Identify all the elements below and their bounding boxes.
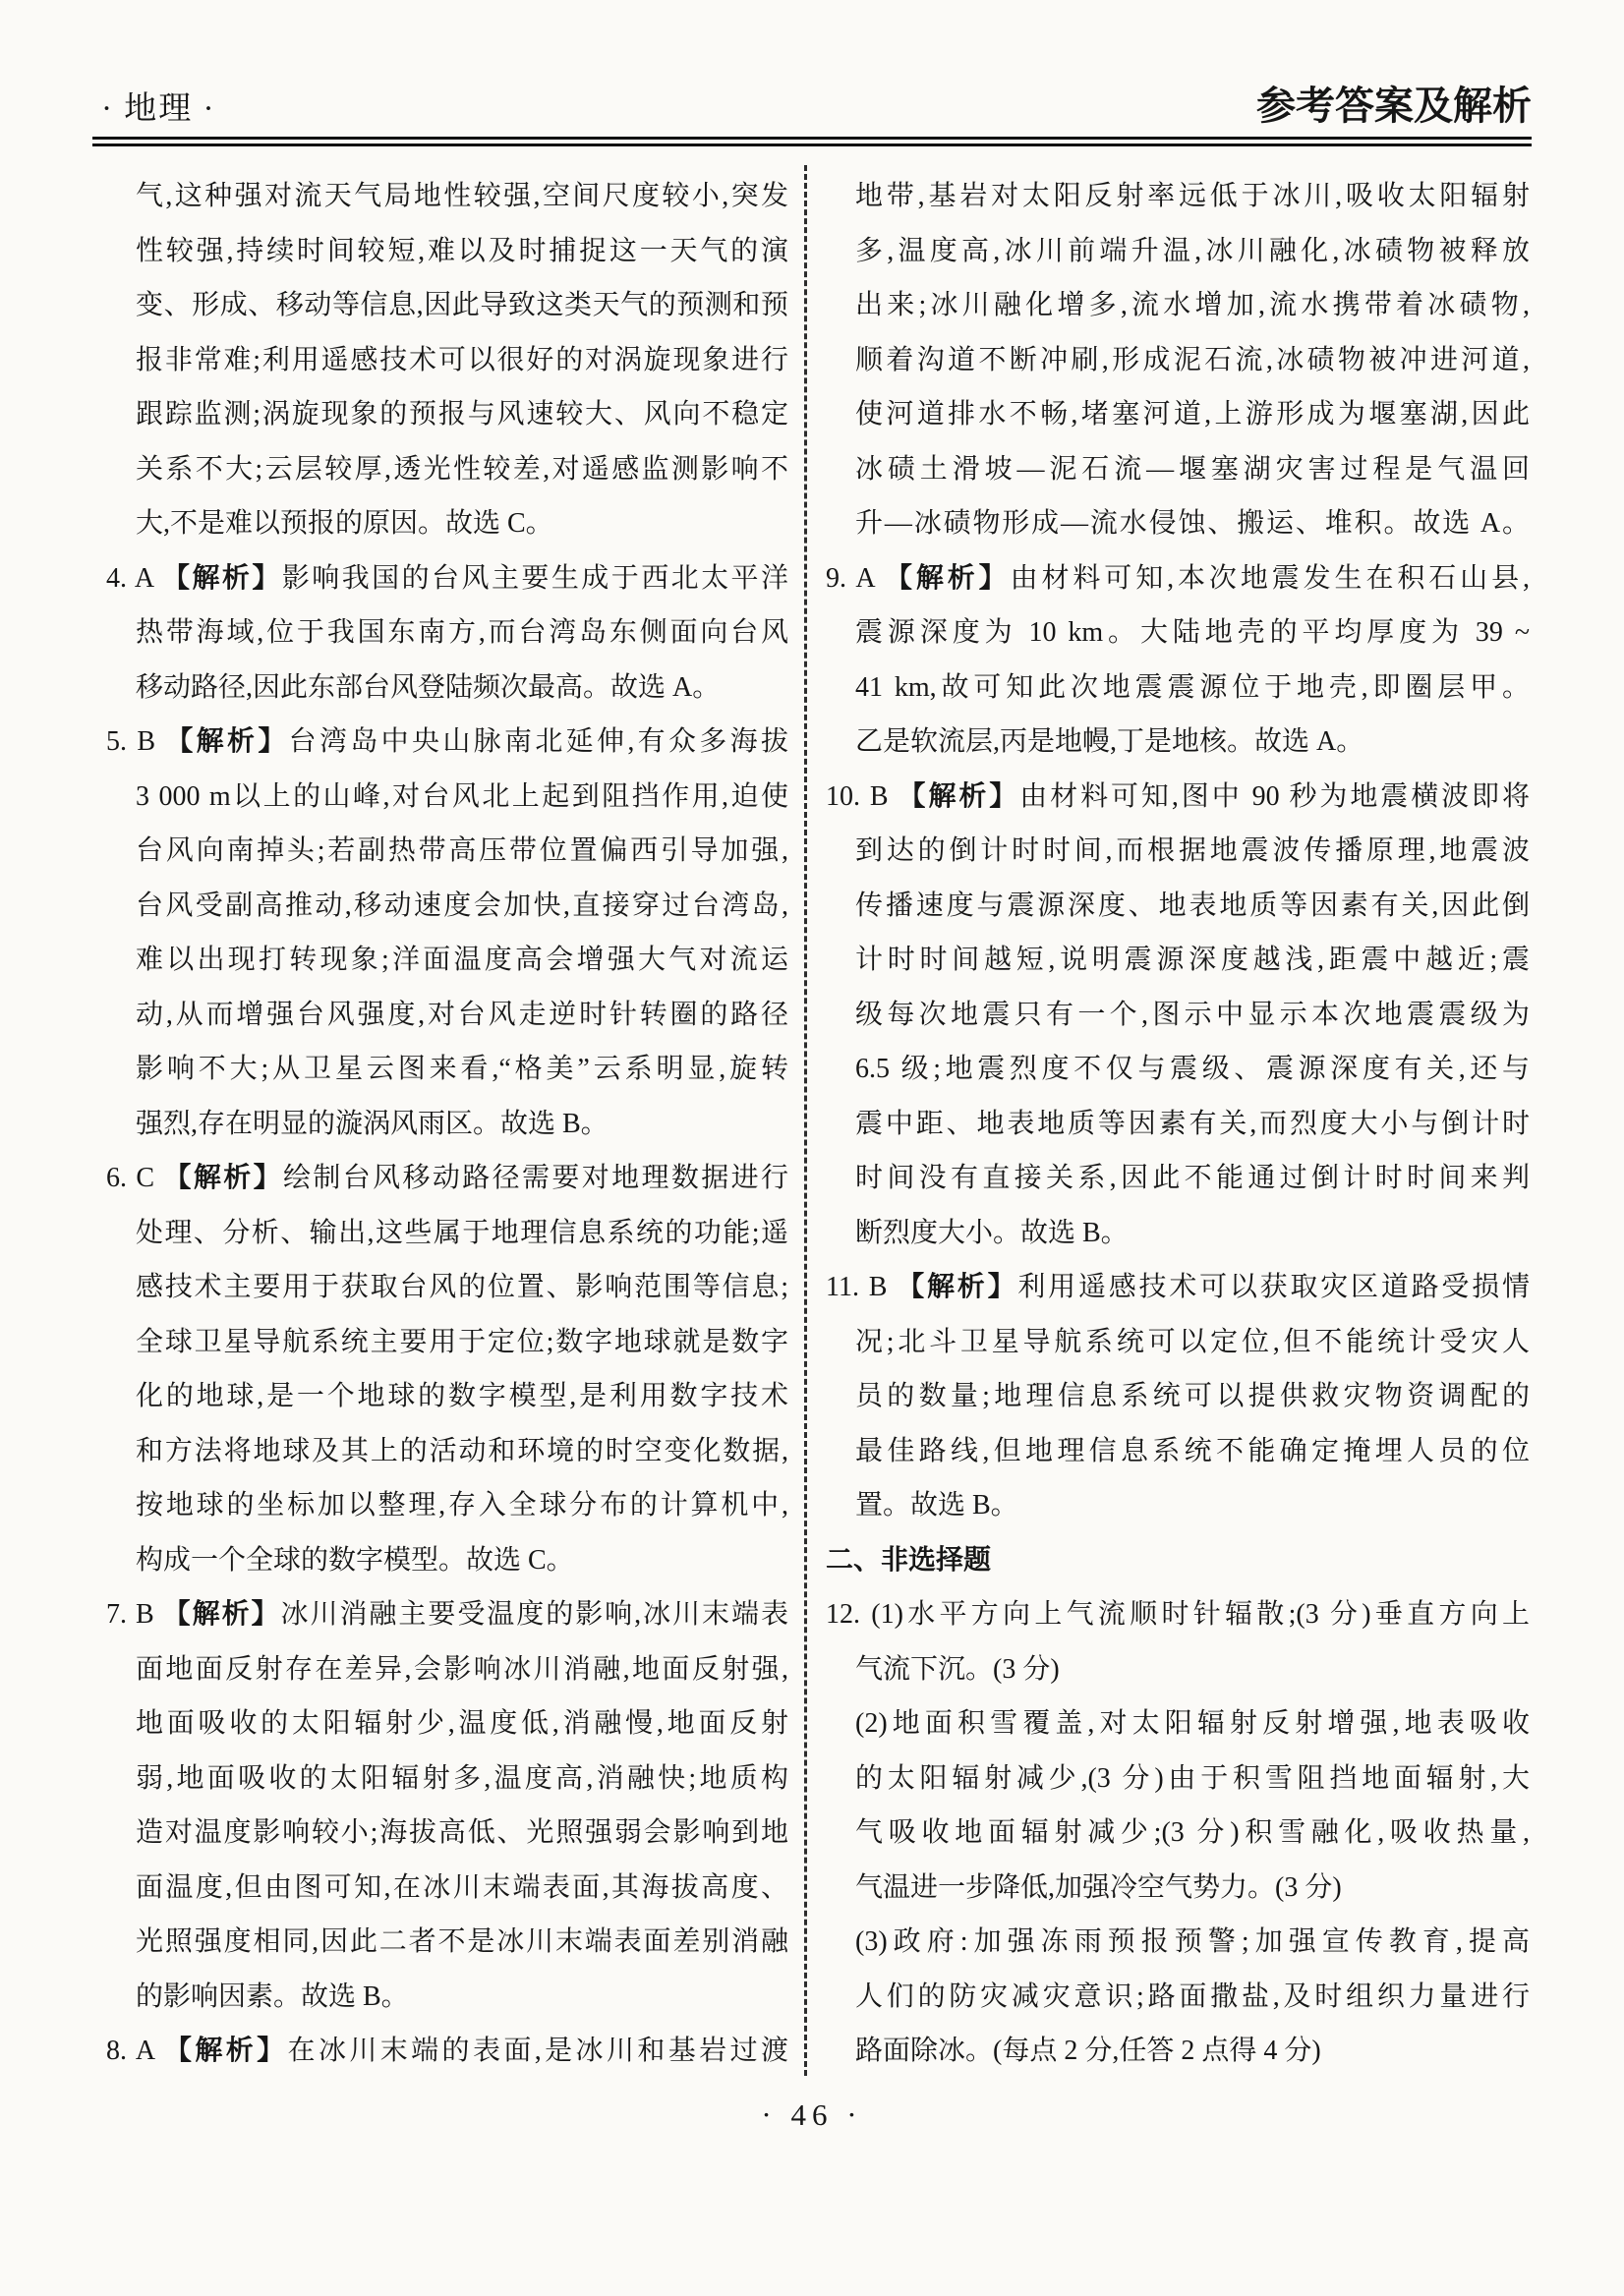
text-line: 9. A 【解析】由材料可知,本次地震发生在积石山县, [826,551,1530,606]
text-line: 难以出现打转现象;洋面温度高会增强大气对流运 [106,933,788,988]
text-line: (3)政府:加强冻雨预报预警;加强宣传教育,提高 [826,1915,1530,1970]
text-line: 员的数量;地理信息系统可以提供救灾物资调配的 [826,1369,1530,1424]
text-line: 传播速度与震源深度、地表地质等因素有关,因此倒 [826,879,1530,934]
text-line: 6. C 【解析】绘制台风移动路径需要对地理数据进行 [106,1151,788,1206]
text-line: 冰碛土滑坡—泥石流—堰塞湖灾害过程是气温回 [826,442,1530,497]
page-number: · 46 · [0,2097,1624,2133]
text-line: 震中距、地表地质等因素有关,而烈度大小与倒计时 [826,1097,1530,1152]
text-line: 处理、分析、输出,这些属于地理信息系统的功能;遥 [106,1206,788,1261]
text-line: 弱,地面吸收的太阳辐射多,温度高,消融快;地质构 [106,1751,788,1807]
text-line: 41 km,故可知此次地震震源位于地壳,即圈层甲。 [826,660,1530,716]
text-line: 的太阳辐射减少,(3 分)由于积雪阻挡地面辐射,大 [826,1751,1530,1807]
text-line: 路面除冰。(每点 2 分,任答 2 点得 4 分) [826,2024,1530,2079]
text-line: 8. A 【解析】在冰川末端的表面,是冰川和基岩过渡 [106,2024,788,2079]
text-line: 性较强,持续时间较短,难以及时捕捉这一天气的演 [106,224,788,279]
text-line: 关系不大;云层较厚,透光性较差,对遥感监测影响不 [106,442,788,497]
text-line: 大,不是难以预报的原因。故选 C。 [106,496,788,551]
text-line: 级每次地震只有一个,图示中显示本次地震震级为 [826,988,1530,1043]
text-line: 升—冰碛物形成—流水侵蚀、搬运、堆积。故选 A。 [826,496,1530,551]
text-line: 11. B 【解析】利用遥感技术可以获取灾区道路受损情 [826,1260,1530,1315]
text-line: 二、非选择题 [826,1533,1530,1588]
text-line: 光照强度相同,因此二者不是冰川末端表面差别消融 [106,1915,788,1970]
text-line: 影响不大;从卫星云图来看,“格美”云系明显,旋转 [106,1042,788,1097]
text-line: 台风受副高推动,移动速度会加快,直接穿过台湾岛, [106,879,788,934]
page-title: 参考答案及解析 [1256,75,1532,131]
text-line: 造对温度影响较小;海拔高低、光照强弱会影响到地 [106,1806,788,1861]
text-line: 计时时间越短,说明震源深度越浅,距震中越近;震 [826,933,1530,988]
page: · 地理 · 参考答案及解析 气,这种强对流天气局地性较强,空间尺度较小,突发性… [0,0,1624,2296]
text-line: 最佳路线,但地理信息系统不能确定掩埋人员的位 [826,1424,1530,1479]
text-line: 的影响因素。故选 B。 [106,1970,788,2025]
text-line: 10. B 【解析】由材料可知,图中 90 秒为地震横波即将 [826,770,1530,825]
text-line: 台风向南掉头;若副热带高压带位置偏西引导加强, [106,824,788,879]
text-line: 地带,基岩对太阳反射率远低于冰川,吸收太阳辐射 [826,169,1530,224]
text-line: 和方法将地球及其上的活动和环境的时空变化数据, [106,1424,788,1479]
text-line: (2)地面积雪覆盖,对太阳辐射反射增强,地表吸收 [826,1696,1530,1751]
text-line: 感技术主要用于获取台风的位置、影响范围等信息; [106,1260,788,1315]
text-line: 多,温度高,冰川前端升温,冰川融化,冰碛物被释放 [826,224,1530,279]
column-divider [804,165,807,2076]
text-line: 移动路径,因此东部台风登陆频次最高。故选 A。 [106,660,788,716]
text-line: 全球卫星导航系统主要用于定位;数字地球就是数字 [106,1315,788,1370]
text-line: 置。故选 B。 [826,1478,1530,1533]
text-line: 使河道排水不畅,堵塞河道,上游形成为堰塞湖,因此 [826,387,1530,442]
text-line: 5. B 【解析】台湾岛中央山脉南北延伸,有众多海拔 [106,715,788,770]
text-line: 人们的防灾减灾意识;路面撒盐,及时组织力量进行 [826,1970,1530,2025]
text-line: 报非常难;利用遥感技术可以很好的对涡旋现象进行 [106,333,788,388]
text-line: 跟踪监测;涡旋现象的预报与风速较大、风向不稳定 [106,387,788,442]
text-line: 变、形成、移动等信息,因此导致这类天气的预测和预 [106,278,788,333]
text-line: 到达的倒计时时间,而根据地震波传播原理,地震波 [826,824,1530,879]
text-line: 构成一个全球的数字模型。故选 C。 [106,1533,788,1588]
text-line: 6.5 级;地震烈度不仅与震级、震源深度有关,还与 [826,1042,1530,1097]
text-line: 强烈,存在明显的漩涡风雨区。故选 B。 [106,1097,788,1152]
text-line: 热带海域,位于我国东南方,而台湾岛东侧面向台风 [106,605,788,660]
text-line: 3 000 m以上的山峰,对台风北上起到阻挡作用,迫使 [106,770,788,825]
text-line: 7. B 【解析】冰川消融主要受温度的影响,冰川末端表 [106,1587,788,1642]
text-line: 顺着沟道不断冲刷,形成泥石流,冰碛物被冲进河道, [826,333,1530,388]
header-subject: · 地理 · [101,83,215,129]
right-column: 地带,基岩对太阳反射率远低于冰川,吸收太阳辐射多,温度高,冰川前端升温,冰川融化… [826,169,1530,2079]
text-line: 气流下沉。(3 分) [826,1642,1530,1697]
text-line: 按地球的坐标加以整理,存入全球分布的计算机中, [106,1478,788,1533]
text-line: 气吸收地面辐射减少;(3 分)积雪融化,吸收热量, [826,1806,1530,1861]
text-line: 地面吸收的太阳辐射少,温度低,消融慢,地面反射 [106,1696,788,1751]
text-line: 动,从而增强台风强度,对台风走逆时针转圈的路径 [106,988,788,1043]
left-column: 气,这种强对流天气局地性较强,空间尺度较小,突发性较强,持续时间较短,难以及时捕… [106,169,788,2079]
text-line: 面温度,但由图可知,在冰川末端表面,其海拔高度、 [106,1861,788,1916]
header-double-rule [92,137,1532,146]
text-line: 4. A 【解析】影响我国的台风主要生成于西北太平洋 [106,551,788,606]
text-line: 断烈度大小。故选 B。 [826,1206,1530,1261]
text-line: 12. (1)水平方向上气流顺时针辐散;(3 分)垂直方向上 [826,1587,1530,1642]
text-line: 化的地球,是一个地球的数字模型,是利用数字技术 [106,1369,788,1424]
text-line: 乙是软流层,丙是地幔,丁是地核。故选 A。 [826,715,1530,770]
text-line: 况;北斗卫星导航系统可以定位,但不能统计受灾人 [826,1315,1530,1370]
text-line: 震源深度为 10 km。大陆地壳的平均厚度为 39 ~ [826,605,1530,660]
text-line: 出来;冰川融化增多,流水增加,流水携带着冰碛物, [826,278,1530,333]
text-line: 时间没有直接关系,因此不能通过倒计时时间来判 [826,1151,1530,1206]
text-line: 面地面反射存在差异,会影响冰川消融,地面反射强, [106,1642,788,1697]
text-line: 气温进一步降低,加强冷空气势力。(3 分) [826,1861,1530,1916]
text-line: 气,这种强对流天气局地性较强,空间尺度较小,突发 [106,169,788,224]
